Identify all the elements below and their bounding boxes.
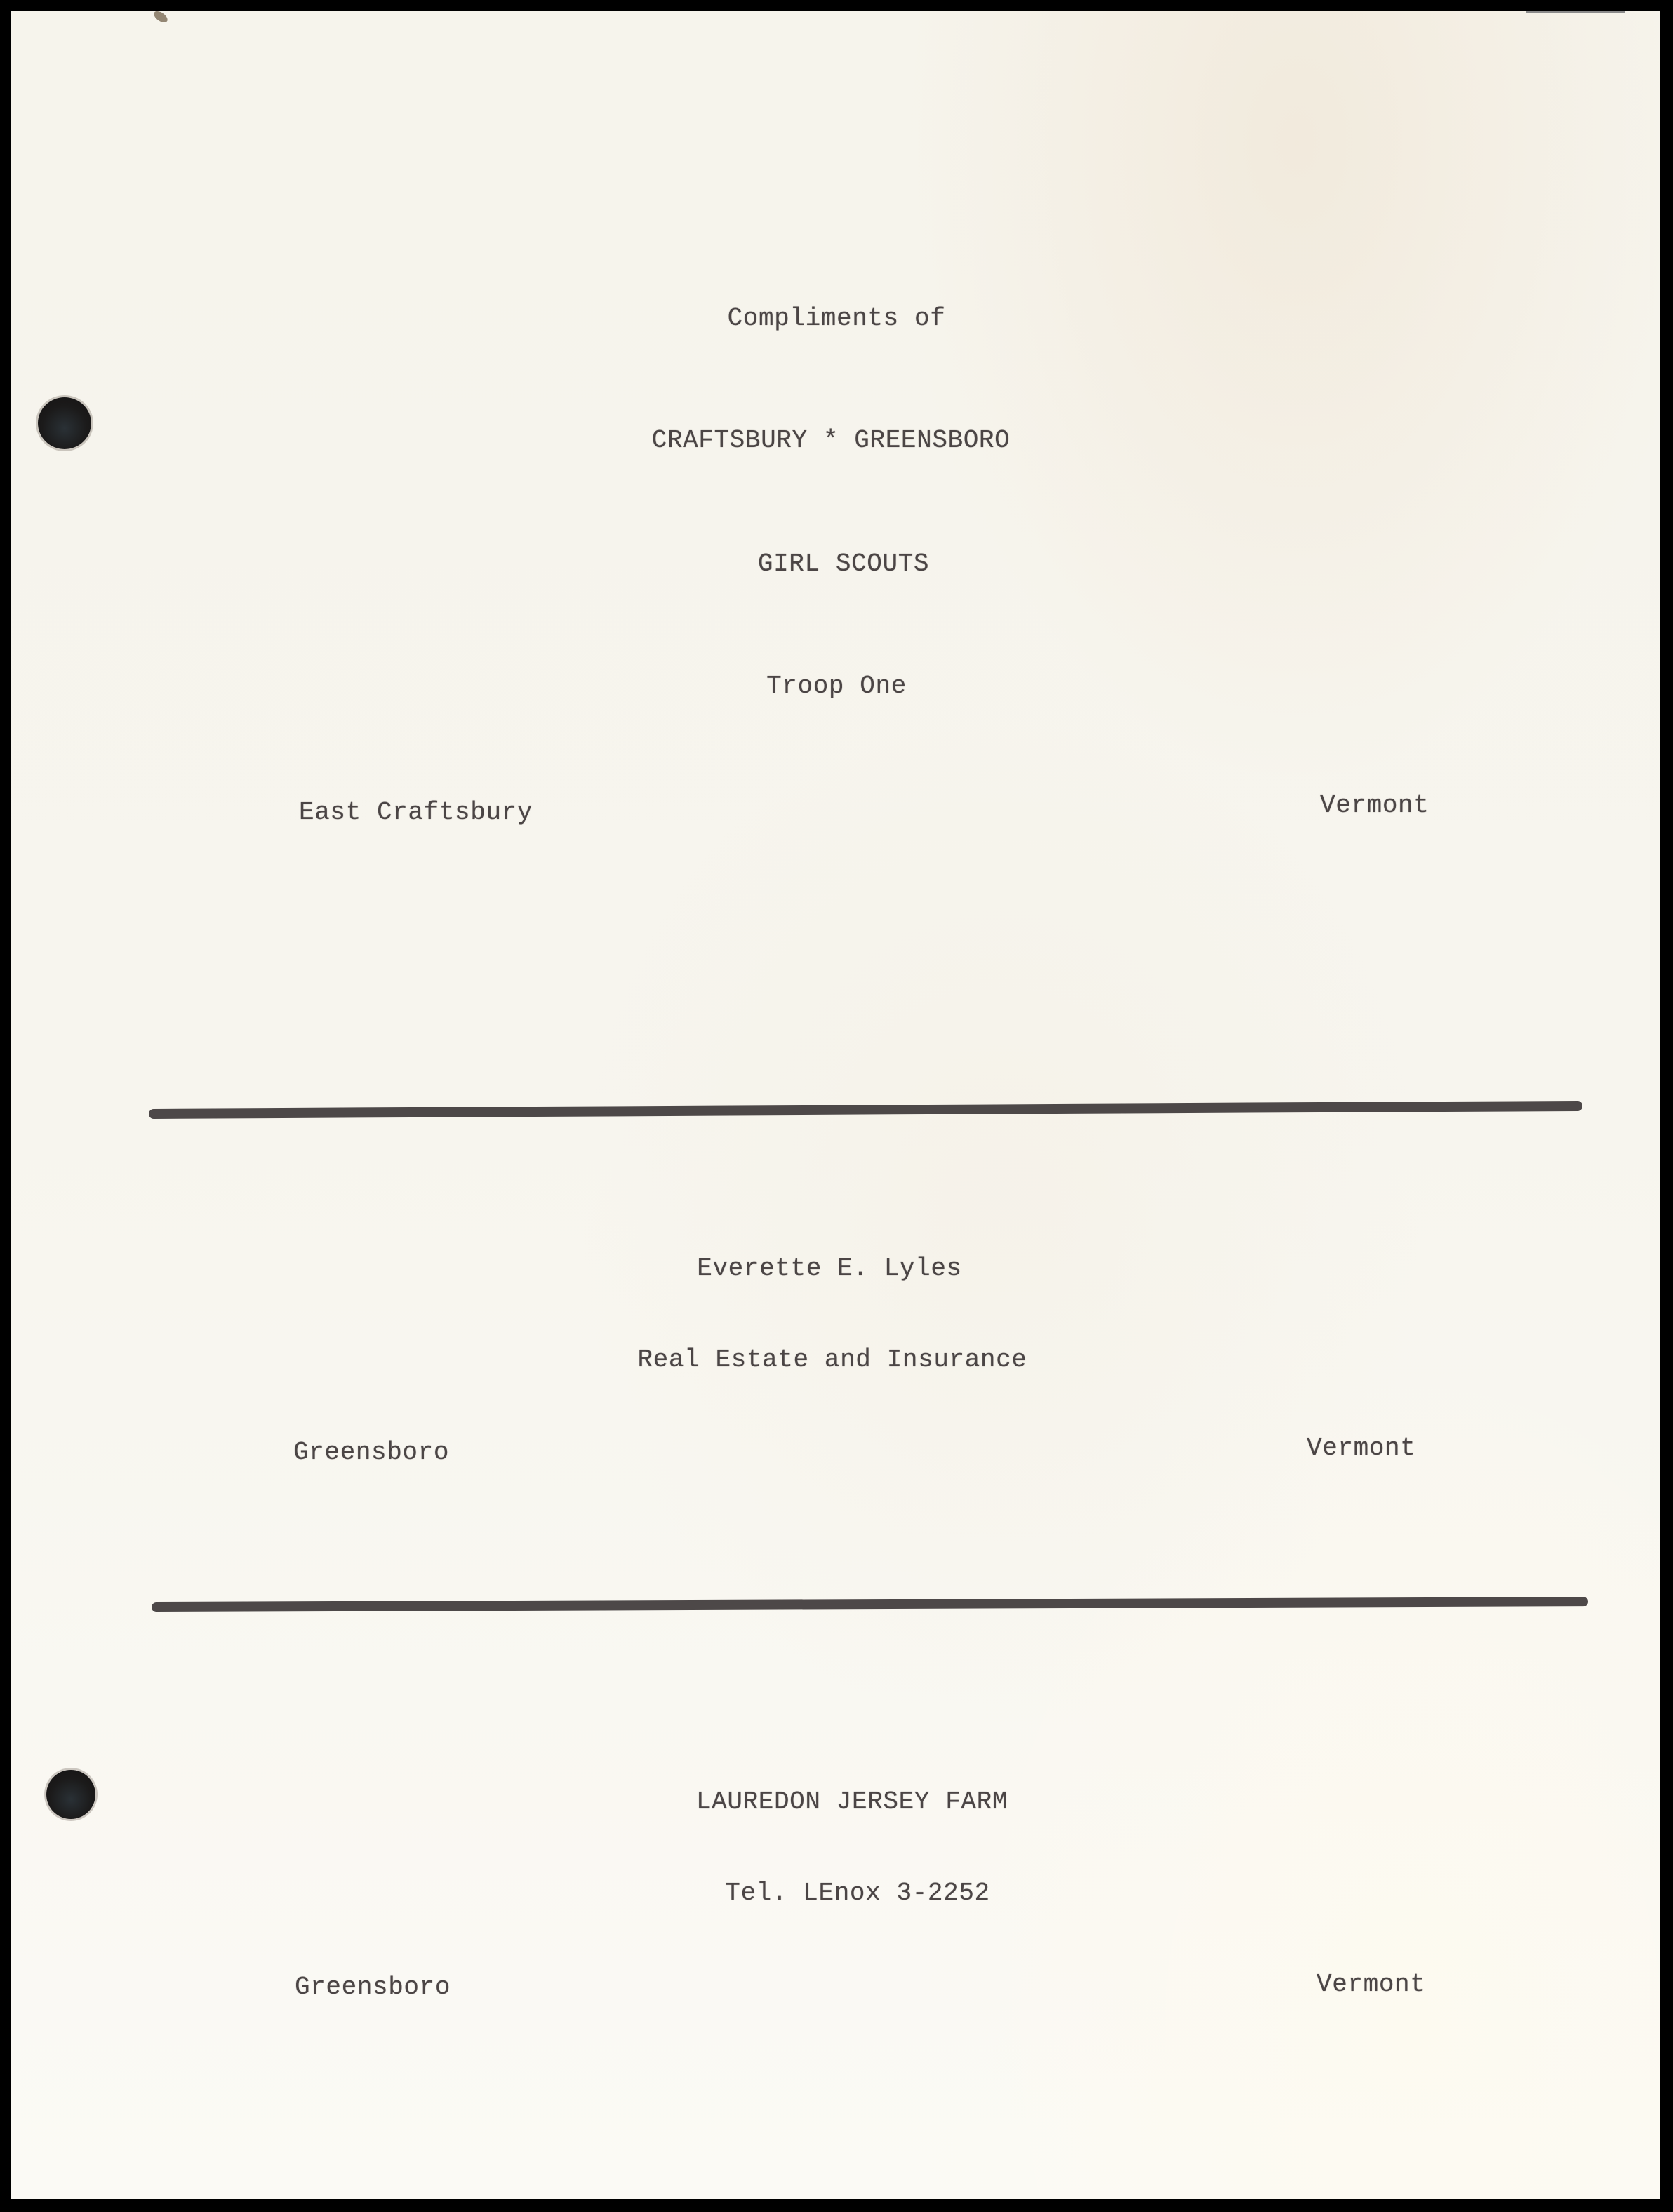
ad-intro-text: Compliments of	[0, 305, 1673, 333]
ad-organization-subtitle: GIRL SCOUTS	[7, 550, 1673, 578]
ad-business-name: LAUREDON JERSEY FARM	[15, 1788, 1673, 1816]
ad-business-phone: Tel. LEnox 3-2252	[21, 1879, 1673, 1907]
ad-location-town: East Craftsbury	[299, 799, 533, 827]
ad-location-state: Vermont	[1307, 1434, 1415, 1463]
ad-organization-name: CRAFTSBURY * GREENSBORO	[0, 427, 1667, 455]
ad-location-state: Vermont	[1320, 792, 1429, 820]
ad-troop-name: Troop One	[0, 672, 1673, 700]
ad-business-description: Real Estate and Insurance	[0, 1346, 1669, 1374]
ad-location-town: Greensboro	[295, 1973, 451, 2001]
ad-location-town: Greensboro	[293, 1439, 449, 1467]
ad-business-name: Everette E. Lyles	[0, 1255, 1666, 1283]
top-edge-mark	[1526, 11, 1625, 13]
ad-location-state: Vermont	[1317, 1971, 1425, 1999]
